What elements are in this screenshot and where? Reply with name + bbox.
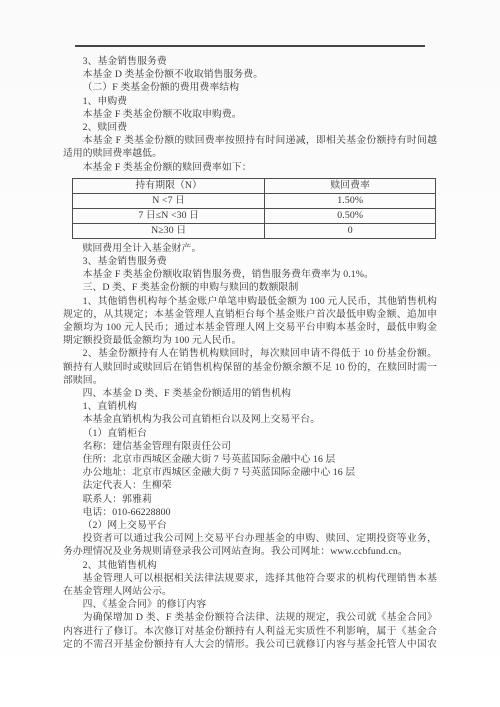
fee-table-cell: 0.50% [265, 208, 436, 223]
document-line: 三、D 类、F 类基金份额的申购与赎回的数额限制 [63, 281, 437, 294]
document-line: （1）直销柜台 [63, 427, 437, 440]
document-line: 适用的赎回费率越低。 [63, 147, 437, 160]
fee-table-row: 7 日≤N <30 日0.50% [73, 208, 436, 223]
document-line: 在基金管理人网站公示。 [63, 585, 437, 598]
document-line: 部赎回。 [63, 374, 437, 387]
document-line: 联系人：郭雅莉 [63, 493, 437, 506]
document-line: 3、基金销售服务费 [63, 255, 437, 268]
document-line: 3、基金销售服务费 [63, 55, 437, 68]
document-line: 办公地址：北京市西城区金融大街 7 号英蓝国际金融中心 16 层 [63, 466, 437, 479]
document-line: 1、直销机构 [63, 400, 437, 413]
fee-table-cell: N≥30 日 [73, 223, 265, 238]
document-line: 规定的，从其规定；本基金管理人直销柜台每个基金账户首次最低申购金额、追加申购最低 [63, 308, 437, 321]
fee-table-cell: 7 日≤N <30 日 [73, 208, 265, 223]
document-line: 基金管理人可以根据相关法律法规要求，选择其他符合要求的机构代理销售本基金，并 [63, 572, 437, 585]
document-line: 期定额投资最低金额均为 100 元人民币。 [63, 334, 437, 347]
document-line: 本基金 F 类基金份额收取销售服务费，销售服务费年费率为 0.1%。 [63, 268, 437, 281]
document-line: 电话：010-66228800 [63, 506, 437, 519]
redemption-fee-table: 持有期限（N）赎回费率 N <7 日1.50%7 日≤N <30 日0.50%N… [72, 178, 436, 239]
header-rule [75, 45, 425, 47]
document-line: 名称：建信基金管理有限责任公司 [63, 440, 437, 453]
fee-table-cell: 0 [265, 223, 436, 238]
document-line: 定的不需召开基金份额持有人大会的情形。我公司已就修订内容与基金托管人中国农业银行 [63, 638, 437, 651]
document-line: 2、其他销售机构 [63, 559, 437, 572]
fee-table-header-cell: 持有期限（N） [73, 178, 265, 193]
document-line: 本基金 D 类基金份额不收取销售服务费。 [63, 68, 437, 81]
fee-table-cell: 1.50% [265, 193, 436, 208]
document-line: 1、其他销售机构每个基金账户单笔申购最低金额为 100 元人民币，其他销售机构另… [63, 295, 437, 308]
document-line: 本基金 F 类基金份额不收取申购费。 [63, 108, 437, 121]
document-line: 额持有人赎回时或赎回后在销售机构保留的基金份额余额不足 10 份的，在赎回时需一… [63, 361, 437, 374]
document-line: 本基金 F 类基金份额的赎回费率如下： [63, 161, 437, 174]
document-content: 3、基金销售服务费本基金 D 类基金份额不收取销售服务费。（二）F 类基金份额的… [63, 55, 437, 651]
fee-table-header-cell: 赎回费率 [265, 178, 436, 193]
fee-table-row: N <7 日1.50% [73, 193, 436, 208]
document-line: 赎回费用全计入基金财产。 [63, 242, 437, 255]
document-line: 内容进行了修订。本次修订对基金份额持有人利益无实质性不利影响，属于《基金合同》约 [63, 625, 437, 638]
document-line: 金额均为 100 元人民币；通过本基金管理人网上交易平台申购本基金时，最低申购金… [63, 321, 437, 334]
document-line: 本基金 F 类基金份额的赎回费率按照持有时间递减，即相关基金份额持有时间越长，所 [63, 134, 437, 147]
document-line: 本基金直销机构为我公司直销柜台以及网上交易平台。 [63, 413, 437, 426]
fee-table-row: N≥30 日0 [73, 223, 436, 238]
pre-table-paragraphs: 3、基金销售服务费本基金 D 类基金份额不收取销售服务费。（二）F 类基金份额的… [63, 55, 437, 174]
document-line: 2、赎回费 [63, 121, 437, 134]
document-line: 四、本基金 D 类、F 类基金份额适用的销售机构 [63, 387, 437, 400]
fee-table-cell: N <7 日 [73, 193, 265, 208]
document-line: 住所：北京市西城区金融大街 7 号英蓝国际金融中心 16 层 [63, 453, 437, 466]
document-line: 投资者可以通过我公司网上交易平台办理基金的申购、赎回、定期投资等业务，具体业 [63, 532, 437, 545]
post-table-paragraphs: 赎回费用全计入基金财产。3、基金销售服务费本基金 F 类基金份额收取销售服务费，… [63, 242, 437, 651]
document-line: 为确保增加 D 类、F 类基金份额符合法律、法规的规定，我公司就《基金合同》的相… [63, 611, 437, 624]
document-line: 务办理情况及业务规则请登录我公司网站查询。我公司网址：www.ccbfund.c… [63, 545, 437, 558]
document-page: 3、基金销售服务费本基金 D 类基金份额不收取销售服务费。（二）F 类基金份额的… [0, 0, 500, 707]
document-line: （二）F 类基金份额的费用费率结构 [63, 81, 437, 94]
document-line: 1、申购费 [63, 95, 437, 108]
document-line: 四、《基金合同》的修订内容 [63, 598, 437, 611]
fee-table-header-row: 持有期限（N）赎回费率 [73, 178, 436, 193]
document-line: （2）网上交易平台 [63, 519, 437, 532]
document-line: 2、基金份额持有人在销售机构赎回时，每次赎回申请不得低于 10 份基金份额。基金… [63, 347, 437, 360]
document-line: 法定代表人：生柳荣 [63, 479, 437, 492]
